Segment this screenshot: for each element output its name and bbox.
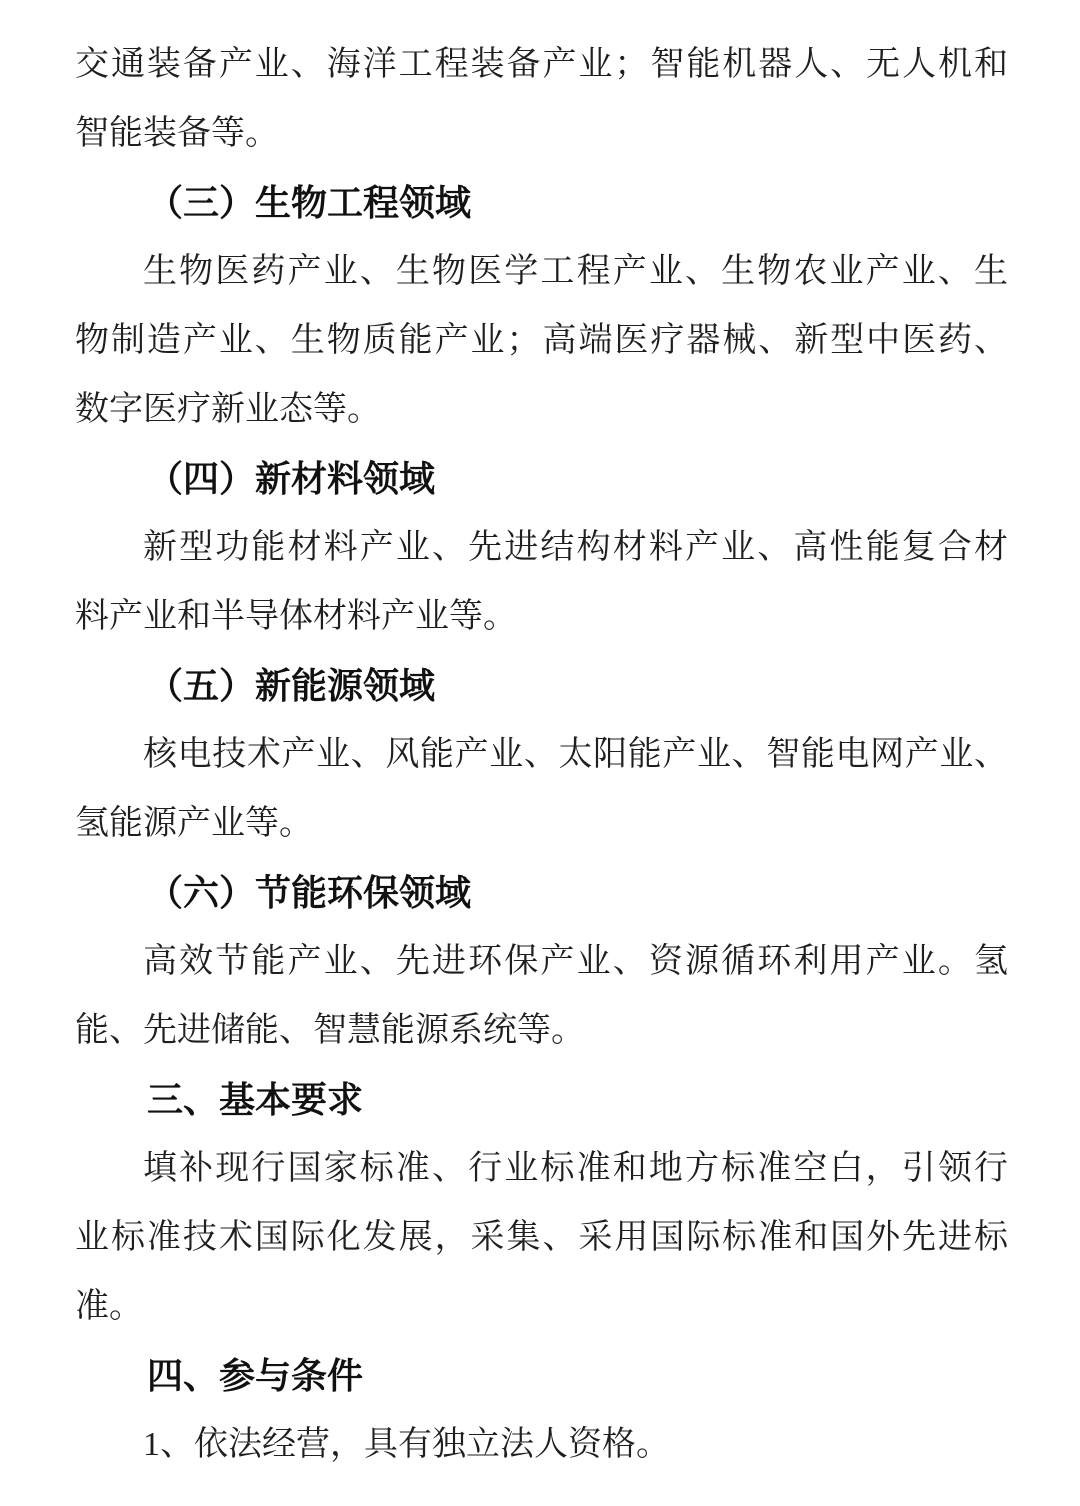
document-body: 交通装备产业、海洋工程装备产业；智能机器人、无人机和 智能装备等。 （三）生物工… xyxy=(75,30,1008,1479)
doc-line: 生物医药产业、生物医学工程产业、生物农业产业、生 xyxy=(75,237,1008,306)
doc-line: 智能装备等。 xyxy=(75,99,1008,168)
doc-line: 物制造产业、生物质能产业；高端医疗器械、新型中医药、 xyxy=(75,306,1008,375)
section-heading: （三）生物工程领域 xyxy=(75,168,1008,237)
document-page: 交通装备产业、海洋工程装备产业；智能机器人、无人机和 智能装备等。 （三）生物工… xyxy=(0,0,1080,1506)
doc-line: 能、先进储能、智慧能源系统等。 xyxy=(75,996,1008,1065)
doc-line: 准。 xyxy=(75,1272,1008,1341)
section-heading: 三、基本要求 xyxy=(75,1065,1008,1134)
doc-line: 料产业和半导体材料产业等。 xyxy=(75,582,1008,651)
doc-line: 1、依法经营，具有独立法人资格。 xyxy=(75,1410,1008,1479)
section-heading: （四）新材料领域 xyxy=(75,444,1008,513)
doc-line: 高效节能产业、先进环保产业、资源循环利用产业。氢 xyxy=(75,927,1008,996)
section-heading: （六）节能环保领域 xyxy=(75,858,1008,927)
doc-line: 核电技术产业、风能产业、太阳能产业、智能电网产业、 xyxy=(75,720,1008,789)
doc-line: 交通装备产业、海洋工程装备产业；智能机器人、无人机和 xyxy=(75,30,1008,99)
doc-line: 业标准技术国际化发展，采集、采用国际标准和国外先进标 xyxy=(75,1203,1008,1272)
doc-line: 填补现行国家标准、行业标准和地方标准空白，引领行 xyxy=(75,1134,1008,1203)
doc-line: 新型功能材料产业、先进结构材料产业、高性能复合材 xyxy=(75,513,1008,582)
doc-line: 氢能源产业等。 xyxy=(75,789,1008,858)
doc-line: 数字医疗新业态等。 xyxy=(75,375,1008,444)
section-heading: 四、参与条件 xyxy=(75,1341,1008,1410)
section-heading: （五）新能源领域 xyxy=(75,651,1008,720)
